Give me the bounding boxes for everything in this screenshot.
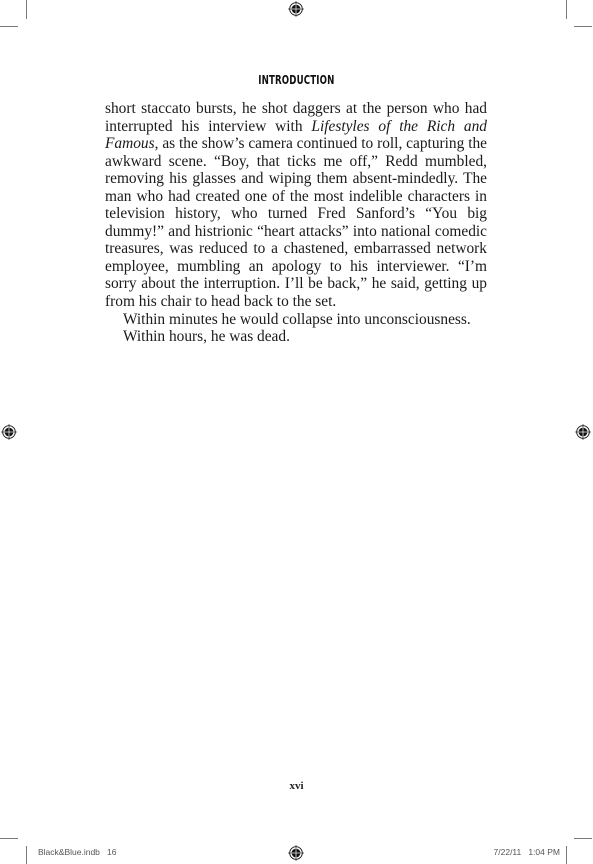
running-head: INTRODUCTION xyxy=(83,73,510,87)
crosshair-target-icon xyxy=(1,424,17,440)
body-text: short staccato bursts, he shot daggers a… xyxy=(105,100,487,346)
paragraph-text: , as the show’s camera continued to roll… xyxy=(105,135,487,310)
registration-mark-bottom xyxy=(288,845,304,861)
crop-mark-bottom-left-vertical xyxy=(26,846,27,864)
slug-timestamp: 7/22/11 1:04 PM xyxy=(494,847,560,857)
crop-mark-bottom-left-horizontal xyxy=(0,838,18,839)
slug-file-name: Black&Blue.indb 16 xyxy=(38,847,116,857)
book-page: INTRODUCTION short staccato bursts, he s… xyxy=(0,0,593,864)
paragraph-continued: short staccato bursts, he shot daggers a… xyxy=(105,100,487,311)
crop-mark-bottom-right-vertical xyxy=(566,846,567,864)
page-number: xvi xyxy=(0,780,593,792)
crop-mark-top-right-vertical xyxy=(566,0,567,19)
crosshair-target-icon xyxy=(288,845,304,861)
crop-mark-top-left-horizontal xyxy=(0,26,18,27)
registration-mark-left xyxy=(1,424,17,440)
paragraph-collapse: Within minutes he would collapse into un… xyxy=(105,311,487,329)
registration-mark-right xyxy=(575,424,591,440)
paragraph-dead: Within hours, he was dead. xyxy=(105,328,487,346)
crop-mark-top-left-vertical xyxy=(26,0,27,19)
registration-mark-top xyxy=(288,1,304,17)
crop-mark-bottom-right-horizontal xyxy=(574,838,592,839)
crop-mark-top-right-horizontal xyxy=(574,26,592,27)
crosshair-target-icon xyxy=(575,424,591,440)
crosshair-target-icon xyxy=(288,1,304,17)
